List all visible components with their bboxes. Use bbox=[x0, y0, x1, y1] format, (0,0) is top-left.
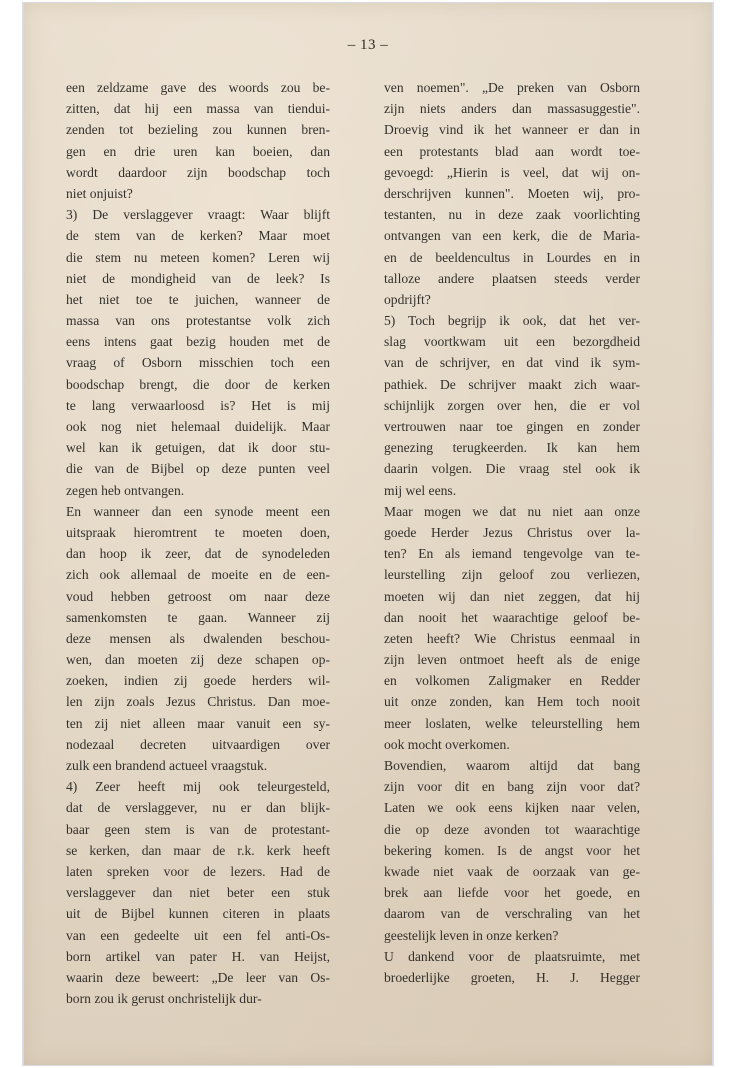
text-line: en volkomen Zaligmaker en Redder bbox=[384, 670, 640, 691]
text-line: ten zij niet alleen maar vanuit een sy- bbox=[66, 713, 330, 734]
text-line: massa van ons protestantse volk zich bbox=[66, 310, 330, 331]
text-line: Laten we ook eens kijken naar velen, bbox=[384, 797, 640, 818]
text-line: ook mocht overkomen. bbox=[384, 734, 640, 755]
text-line: daarom van de verschraling van het bbox=[384, 903, 640, 924]
text-line: born zou ik gerust onchristelijk dur- bbox=[66, 988, 330, 1009]
text-line: die van de Bijbel op deze punten veel bbox=[66, 458, 330, 479]
text-line: broederlijke groeten, H. J. Hegger bbox=[384, 967, 640, 988]
text-column-right: ven noemen". „De preken van Osbornzijn n… bbox=[384, 77, 640, 988]
text-line: boodschap brengt, die door de kerken bbox=[66, 374, 330, 395]
text-line: Bovendien, waarom altijd dat bang bbox=[384, 755, 640, 776]
document-page: – 13 – een zeldzame gave des woords zou … bbox=[24, 3, 712, 1065]
text-line: een zeldzame gave des woords zou be- bbox=[66, 77, 330, 98]
text-line: zenden tot bezieling zou kunnen bren- bbox=[66, 119, 330, 140]
text-line: Maar mogen we dat nu niet aan onze bbox=[384, 501, 640, 522]
text-line: wen, dan moeten zij deze schapen op- bbox=[66, 649, 330, 670]
text-line: die stem nu meteen komen? Leren wij bbox=[66, 247, 330, 268]
text-line: zitten, dat hij een massa van tiendui- bbox=[66, 98, 330, 119]
text-line: uitspraak hieromtrent te moeten doen, bbox=[66, 522, 330, 543]
text-line: goede Herder Jezus Christus over la- bbox=[384, 522, 640, 543]
text-line: testanten, nu in deze zaak voorlichting bbox=[384, 204, 640, 225]
text-line: meer loslaten, welke teleurstelling hem bbox=[384, 713, 640, 734]
text-line: born artikel van pater H. van Heijst, bbox=[66, 946, 330, 967]
text-line: gevoegd: „Hierin is veel, dat wij on- bbox=[384, 162, 640, 183]
text-line: zeten heeft? Wie Christus eenmaal in bbox=[384, 628, 640, 649]
text-line: pathiek. De schrijver maakt zich waar- bbox=[384, 374, 640, 395]
text-line: het niet toe te juichen, wanneer de bbox=[66, 289, 330, 310]
text-line: 5) Toch begrijp ik ook, dat het ver- bbox=[384, 310, 640, 331]
text-line: schijnlijk zorgen over hen, die er vol bbox=[384, 395, 640, 416]
text-line: de stem van de kerken? Maar moet bbox=[66, 225, 330, 246]
text-line: wel kan ik getuigen, dat ik door stu- bbox=[66, 437, 330, 458]
text-line: dan hoop ik zeer, dat de synodeleden bbox=[66, 543, 330, 564]
text-line: Droevig vind ik het wanneer er dan in bbox=[384, 119, 640, 140]
text-line: derschrijven kunnen". Moeten wij, pro- bbox=[384, 183, 640, 204]
text-line: voud hebben getroost om naar deze bbox=[66, 586, 330, 607]
text-line: mij wel eens. bbox=[384, 480, 640, 501]
text-line: een protestants blad aan wordt toe- bbox=[384, 141, 640, 162]
text-line: geestelijk leven in onze kerken? bbox=[384, 925, 640, 946]
text-line: zijn niets anders dan massasuggestie". bbox=[384, 98, 640, 119]
text-line: en de beeldencultus in Lourdes en in bbox=[384, 247, 640, 268]
text-line: ten? En als iemand tengevolge van te- bbox=[384, 543, 640, 564]
text-line: gen en drie uren kan boeien, dan bbox=[66, 141, 330, 162]
text-line: opdrijft? bbox=[384, 289, 640, 310]
text-line: dat de verslaggever, nu er dan blijk- bbox=[66, 797, 330, 818]
text-line: brek aan liefde voor het goede, en bbox=[384, 882, 640, 903]
text-line: moeten wij dan niet zeggen, dat hij bbox=[384, 586, 640, 607]
text-line: waarin deze beweert: „De leer van Os- bbox=[66, 967, 330, 988]
text-line: ven noemen". „De preken van Osborn bbox=[384, 77, 640, 98]
text-line: zegen heb ontvangen. bbox=[66, 480, 330, 501]
text-column-left: een zeldzame gave des woords zou be-zitt… bbox=[66, 77, 330, 1009]
text-line: 3) De verslaggever vraagt: Waar blijft bbox=[66, 204, 330, 225]
text-line: talloze andere plaatsen steeds verder bbox=[384, 268, 640, 289]
text-line: samenkomsten te gaan. Wanneer zij bbox=[66, 607, 330, 628]
text-line: van een gedeelte uit een fel anti-Os- bbox=[66, 925, 330, 946]
text-line: zijn voor dit en bang zijn voor dat? bbox=[384, 776, 640, 797]
text-line: te lang verwaarloosd is? Het is mij bbox=[66, 395, 330, 416]
text-line: uit onze zonden, kan Hem toch nooit bbox=[384, 691, 640, 712]
text-line: bekering komen. Is de angst voor het bbox=[384, 840, 640, 861]
text-line: 4) Zeer heeft mij ook teleurgesteld, bbox=[66, 776, 330, 797]
text-line: U dankend voor de plaatsruimte, met bbox=[384, 946, 640, 967]
text-line: laten spreken voor de lezers. Had de bbox=[66, 861, 330, 882]
text-line: die op deze avonden tot waarachtige bbox=[384, 819, 640, 840]
text-line: ontvangen van een kerk, die de Maria- bbox=[384, 225, 640, 246]
text-line: deze mensen als dwalenden beschou- bbox=[66, 628, 330, 649]
text-line: leurstelling zijn geloof zou verliezen, bbox=[384, 564, 640, 585]
text-line: daarin volgen. Die vraag stel ook ik bbox=[384, 458, 640, 479]
text-line: dan nooit het waarachtige geloof be- bbox=[384, 607, 640, 628]
text-line: vraag of Osborn misschien toch een bbox=[66, 352, 330, 373]
text-line: genezing terugkeerden. Ik kan hem bbox=[384, 437, 640, 458]
text-line: slag voortkwam uit een bezorgdheid bbox=[384, 331, 640, 352]
text-line: len zijn zoals Jezus Christus. Dan moe- bbox=[66, 691, 330, 712]
text-line: zich ook allemaal de moeite en de een- bbox=[66, 564, 330, 585]
text-line: ook nog niet helemaal duidelijk. Maar bbox=[66, 416, 330, 437]
text-line: kwade niet vaak de oorzaak van ge- bbox=[384, 861, 640, 882]
text-line: niet de mondigheid van de leek? Is bbox=[66, 268, 330, 289]
text-line: se kerken, dan maar de r.k. kerk heeft bbox=[66, 840, 330, 861]
text-line: niet onjuist? bbox=[66, 183, 330, 204]
text-line: zijn leven ontmoet heeft als de enige bbox=[384, 649, 640, 670]
text-line: En wanneer dan een synode meent een bbox=[66, 501, 330, 522]
text-line: verslaggever dan niet beter een stuk bbox=[66, 882, 330, 903]
text-line: wordt daardoor zijn boodschap toch bbox=[66, 162, 330, 183]
page-number: – 13 – bbox=[24, 37, 712, 54]
text-line: nodezaal decreten uitvaardigen over bbox=[66, 734, 330, 755]
text-line: baar geen stem is van de protestant- bbox=[66, 819, 330, 840]
text-line: zulk een brandend actueel vraagstuk. bbox=[66, 755, 330, 776]
text-line: eens intens gaat bezig houden met de bbox=[66, 331, 330, 352]
text-line: zoeken, indien zij goede herders wil- bbox=[66, 670, 330, 691]
text-line: vertrouwen naar toe gingen en zonder bbox=[384, 416, 640, 437]
text-line: van de schrijver, en dat vind ik sym- bbox=[384, 352, 640, 373]
text-line: uit de Bijbel kunnen citeren in plaats bbox=[66, 903, 330, 924]
